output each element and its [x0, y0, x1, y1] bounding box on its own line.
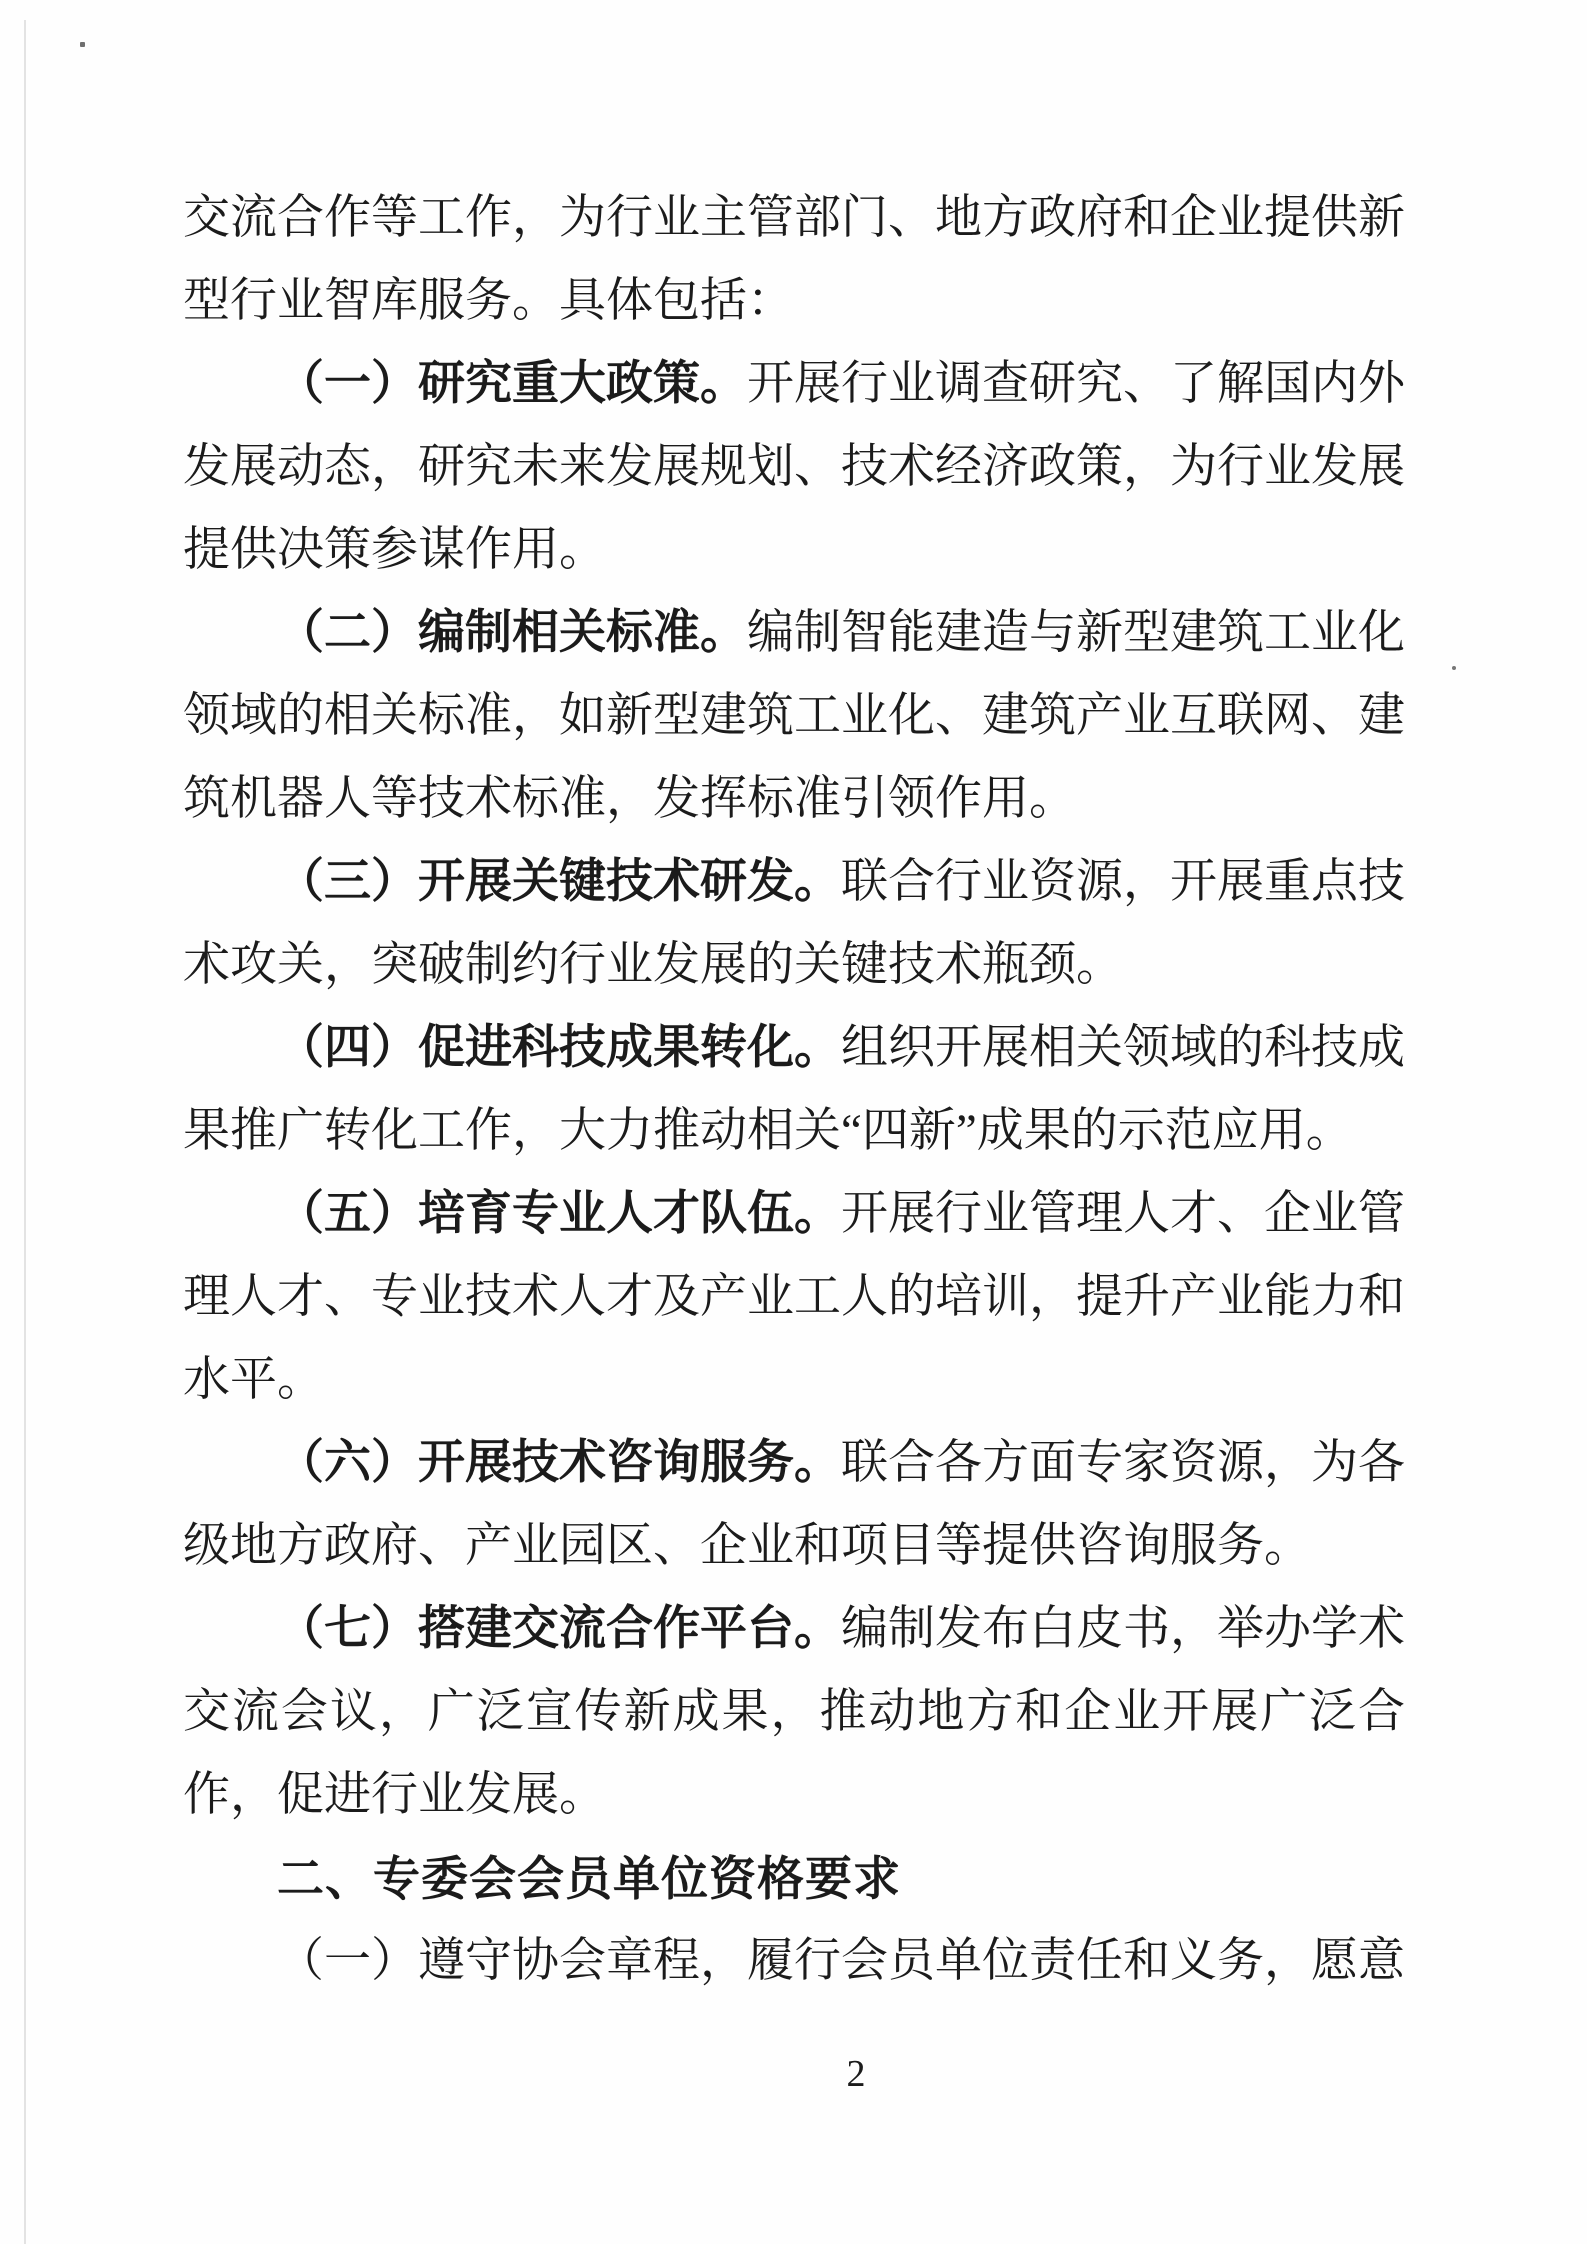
paragraph: 交流合作等工作，为行业主管部门、地方政府和企业提供新型行业智库服务。具体包括： — [183, 177, 1405, 343]
paragraph: （一）遵守协会章程，履行会员单位责任和义务，愿意 — [183, 1920, 1405, 2003]
paragraph-lead: （六）开展技术咨询服务。 — [277, 1437, 841, 1489]
scan-speck — [80, 42, 85, 47]
paragraph: （四）促进科技成果转化。组织开展相关领域的科技成果推广转化工作，大力推动相关“四… — [183, 1007, 1405, 1173]
paragraph: （三）开展关键技术研发。联合行业资源，开展重点技术攻关，突破制约行业发展的关键技… — [183, 841, 1405, 1007]
paragraph: （六）开展技术咨询服务。联合各方面专家资源，为各级地方政府、产业园区、企业和项目… — [183, 1422, 1405, 1588]
paragraph-lead: （五）培育专业人才队伍。 — [277, 1188, 841, 1240]
page-number: 2 — [826, 2052, 886, 2096]
document-body: 交流合作等工作，为行业主管部门、地方政府和企业提供新型行业智库服务。具体包括：（… — [183, 177, 1405, 2003]
document-page: 交流合作等工作，为行业主管部门、地方政府和企业提供新型行业智库服务。具体包括：（… — [0, 0, 1587, 2244]
scan-edge-line — [24, 20, 26, 2244]
paragraph: （一）研究重大政策。开展行业调查研究、了解国内外发展动态，研究未来发展规划、技术… — [183, 343, 1405, 592]
paragraph: （七）搭建交流合作平台。编制发布白皮书，举办学术交流会议，广泛宣传新成果，推动地… — [183, 1588, 1405, 1837]
section-heading: 二、专委会会员单位资格要求 — [183, 1837, 1405, 1920]
paragraph: （二）编制相关标准。编制智能建造与新型建筑工业化领域的相关标准，如新型建筑工业化… — [183, 592, 1405, 841]
paragraph-lead: （四）促进科技成果转化。 — [277, 1022, 841, 1074]
scan-speck — [1452, 666, 1456, 670]
paragraph-lead: （三）开展关键技术研发。 — [277, 856, 841, 908]
paragraph: （五）培育专业人才队伍。开展行业管理人才、企业管理人才、专业技术人才及产业工人的… — [183, 1173, 1405, 1422]
paragraph-lead: （二）编制相关标准。 — [277, 607, 747, 659]
paragraph-lead: （七）搭建交流合作平台。 — [277, 1603, 841, 1655]
paragraph-lead: （一）研究重大政策。 — [277, 358, 747, 410]
